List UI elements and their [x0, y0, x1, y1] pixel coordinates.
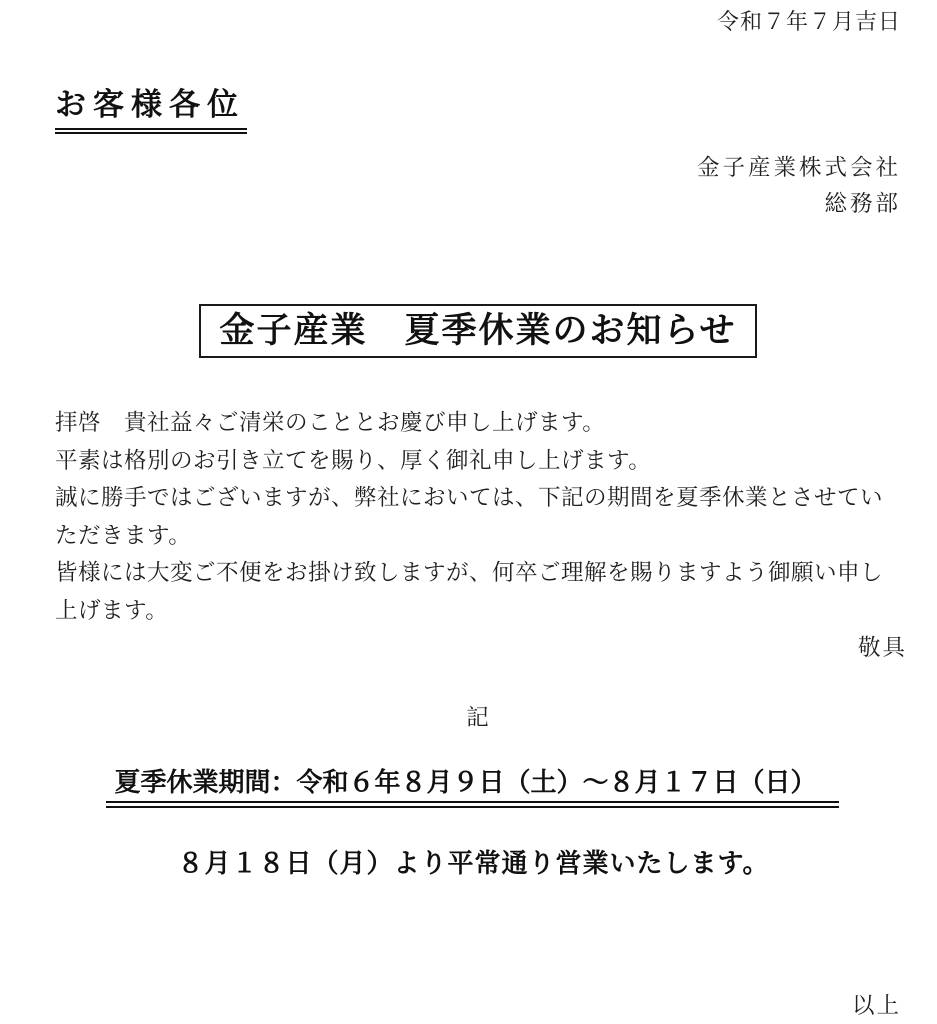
sender-company: 金子産業株式会社: [697, 150, 901, 186]
body-line: 拝啓 貴社益々ご清栄のこととお慶び申し上げます。: [55, 404, 917, 442]
end-marker: 以上: [852, 988, 901, 1020]
resume-notice: ８月１８日（月）より平常通り営業いたします。: [0, 843, 937, 880]
body-line: 誠に勝手ではございますが、弊社においては、下記の期間を夏季休業とさせてい: [55, 479, 917, 517]
holiday-period-line: 夏季休業期間：令和６年８月９日（土）～８月１７日（日）: [0, 762, 937, 808]
body-line: 皆様には大変ご不便をお掛け致しますが、何卒ご理解を賜りますよう御願い申し: [55, 554, 917, 592]
body-line: 上げます。: [55, 592, 917, 630]
record-marker: 記: [0, 700, 937, 732]
body-paragraph: 拝啓 貴社益々ご清栄のこととお慶び申し上げます。 平素は格別のお引き立てを賜り、…: [55, 404, 917, 630]
addressee-heading: お客様各位: [55, 86, 247, 134]
sender-department: 総務部: [697, 186, 901, 222]
notice-title: 金子産業 夏季休業のお知らせ: [220, 311, 737, 350]
body-line: 平素は格別のお引き立てを賜り、厚く御礼申し上げます。: [55, 442, 917, 480]
body-line: ただきます。: [55, 517, 917, 555]
holiday-period-text: 夏季休業期間：令和６年８月９日（土）～８月１７日（日）: [106, 762, 838, 808]
document-page: 令和７年７月吉日 お客様各位 金子産業株式会社 総務部 金子産業 夏季休業のお知…: [0, 0, 937, 1024]
sender-block: 金子産業株式会社 総務部: [697, 150, 901, 222]
date-line: 令和７年７月吉日: [717, 8, 901, 36]
title-box: 金子産業 夏季休業のお知らせ: [199, 304, 757, 358]
closing-keigu: 敬具: [858, 630, 907, 662]
